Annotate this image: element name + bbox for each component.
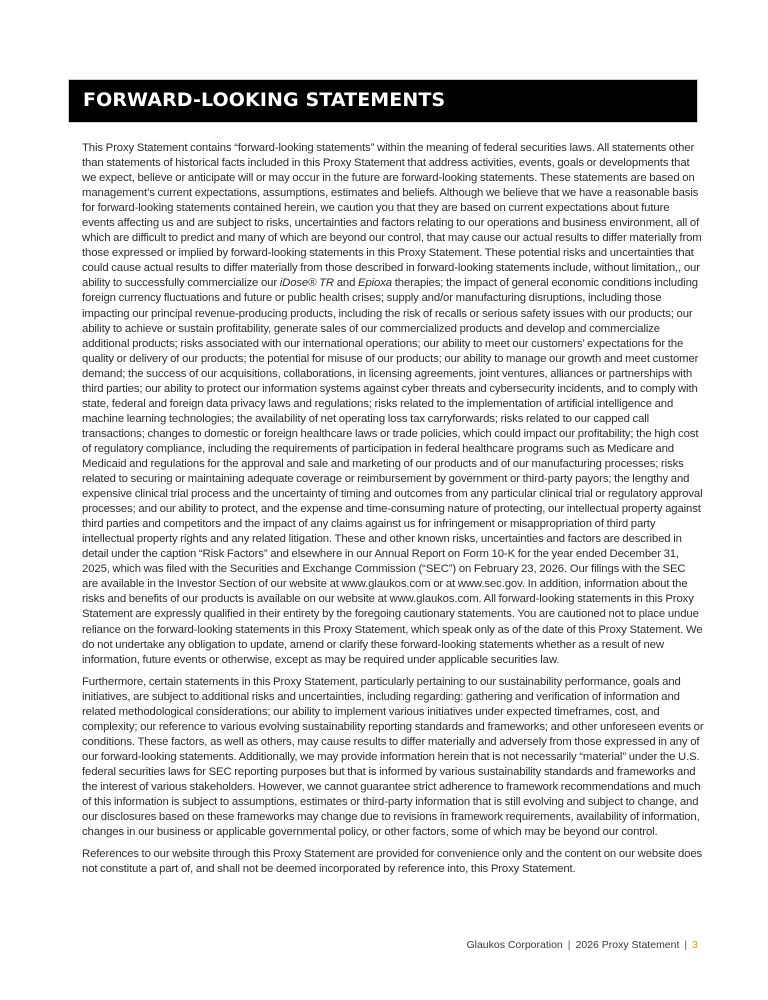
paragraph-sustainability: Furthermore, certain statements in this … bbox=[82, 675, 704, 841]
footer-separator: | bbox=[568, 939, 571, 951]
page-number: 3 bbox=[692, 939, 698, 951]
product-name-epioxa: Epioxa bbox=[358, 277, 392, 289]
document-body: This Proxy Statement contains “forward-l… bbox=[82, 141, 704, 884]
page-footer: Glaukos Corporation|2026 Proxy Statement… bbox=[466, 939, 698, 951]
product-name-idose: iDose® TR bbox=[280, 277, 334, 289]
paragraph-text: This Proxy Statement contains “forward-l… bbox=[82, 142, 702, 289]
section-header-bar: FORWARD-LOOKING STATEMENTS bbox=[68, 79, 698, 123]
paragraph-text: and bbox=[334, 277, 358, 289]
paragraph-forward-looking: This Proxy Statement contains “forward-l… bbox=[82, 141, 704, 668]
paragraph-text: therapies; the impact of general economi… bbox=[82, 277, 703, 665]
footer-company: Glaukos Corporation bbox=[466, 939, 562, 951]
footer-document: 2026 Proxy Statement bbox=[576, 939, 680, 951]
section-title: FORWARD-LOOKING STATEMENTS bbox=[83, 89, 445, 111]
paragraph-website-references: References to our website through this P… bbox=[82, 847, 704, 877]
footer-separator: | bbox=[684, 939, 687, 951]
